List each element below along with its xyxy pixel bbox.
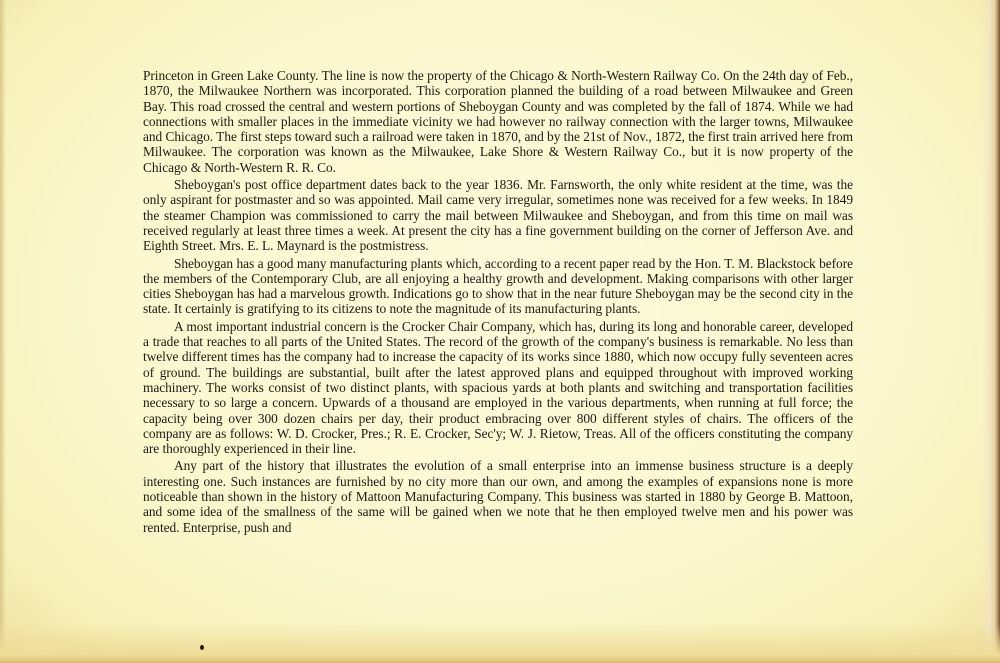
body-text: Princeton in Green Lake County. The line…	[143, 68, 853, 537]
paragraph-crocker-chair: A most important industrial concern is t…	[143, 319, 853, 457]
ink-spot	[200, 645, 204, 650]
page-left-edge	[0, 0, 6, 663]
page-right-edge	[982, 0, 1000, 663]
paragraph-post-office: Sheboygan's post office department dates…	[143, 177, 853, 253]
paragraph-manufacturing: Sheboygan has a good many manufacturing …	[143, 256, 853, 317]
paragraph-railways: Princeton in Green Lake County. The line…	[143, 68, 853, 175]
scanned-page: Princeton in Green Lake County. The line…	[0, 0, 1000, 663]
paragraph-mattoon: Any part of the history that illustrates…	[143, 458, 853, 534]
page-bottom-edge	[0, 623, 1000, 663]
